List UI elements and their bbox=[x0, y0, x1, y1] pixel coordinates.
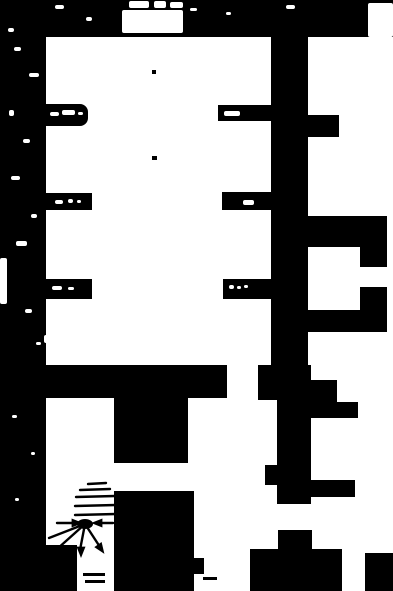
stair-tread-line bbox=[88, 483, 106, 484]
stair-arrowhead-icon bbox=[94, 542, 104, 554]
stair-arrowhead-icon bbox=[91, 519, 102, 528]
stair-arrowhead-icon bbox=[77, 547, 86, 558]
floor-plan-canvas bbox=[0, 0, 393, 591]
stair-tread-line bbox=[75, 514, 116, 515]
stair-tread-line bbox=[80, 489, 110, 490]
stair-tread-line bbox=[75, 505, 116, 506]
stair-tread-line bbox=[76, 496, 115, 497]
staircase-diagram bbox=[0, 0, 393, 591]
